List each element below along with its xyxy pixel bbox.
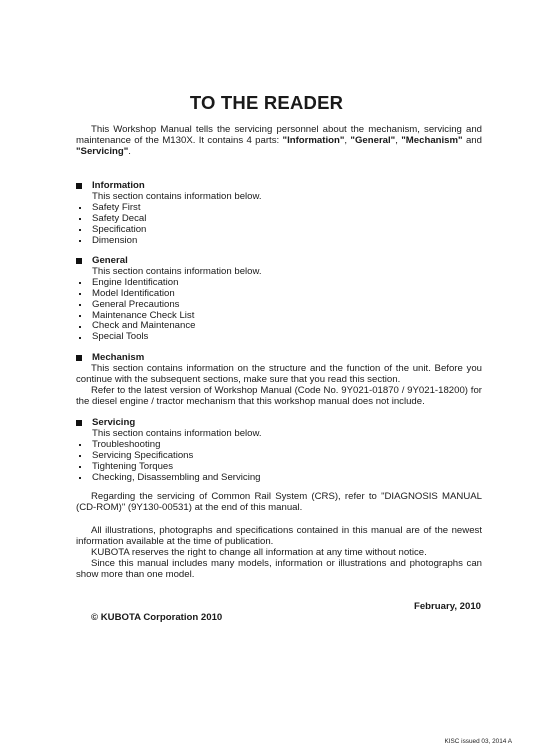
bullet-icon [79,315,81,317]
separator: and [463,135,482,146]
section-heading-label: General [92,255,128,266]
notice-paragraph: All illustrations, photographs and speci… [76,526,482,548]
section-servicing: Servicing This section contains informat… [76,418,482,483]
list-item-label: Maintenance Check List [92,310,194,321]
bullet-icon [79,337,81,339]
square-bullet-icon [76,355,82,361]
section-item-list: Safety First Safety Decal Specification … [76,203,482,247]
section-heading: General [76,256,482,267]
list-item-label: Special Tools [92,331,148,342]
square-bullet-icon [76,258,82,264]
list-item-label: Dimension [92,235,137,246]
list-item: Checking, Disassembling and Servicing [76,473,482,484]
copyright-notice: © KUBOTA Corporation 2010 [91,612,222,623]
list-item-label: Safety Decal [92,213,146,224]
section-heading-label: Information [92,180,145,191]
list-item-label: General Precautions [92,299,179,310]
list-item-label: Checking, Disassembling and Servicing [92,472,261,483]
publication-date: February, 2010 [414,601,481,612]
section-information: Information This section contains inform… [76,181,482,246]
bullet-icon [79,282,81,284]
part-servicing: "Servicing" [76,146,128,157]
section-heading: Mechanism [76,353,482,364]
section-heading-label: Servicing [92,417,135,428]
bullet-icon [79,455,81,457]
list-item: Special Tools [76,332,482,343]
bullet-icon [79,304,81,306]
bullet-icon [79,207,81,209]
page-title: TO THE READER [0,92,533,114]
section-item-list: Troubleshooting Servicing Specifications… [76,440,482,484]
list-item-label: Tightening Torques [92,461,173,472]
bullet-icon [79,477,81,479]
part-general: "General" [350,135,395,146]
section-mechanism: Mechanism This section contains informat… [76,353,482,408]
list-item-label: Specification [92,224,146,235]
section-paragraph: Refer to the latest version of Workshop … [76,386,482,408]
list-item-label: Check and Maintenance [92,320,195,331]
bullet-icon [79,240,81,242]
list-item-label: Engine Identification [92,277,178,288]
bullet-icon [79,444,81,446]
footer-issue-note: KISC issued 03, 2014 A [444,738,512,745]
section-heading: Information [76,181,482,192]
section-heading: Servicing [76,418,482,429]
bullet-icon [79,293,81,295]
intro-paragraph: This Workshop Manual tells the servicing… [76,125,482,158]
part-mechanism: "Mechanism" [401,135,462,146]
section-general: General This section contains informatio… [76,256,482,343]
list-item-label: Safety First [92,202,141,213]
list-item-label: Troubleshooting [92,439,160,450]
crs-note-paragraph: Regarding the servicing of Common Rail S… [76,492,482,514]
list-item-label: Servicing Specifications [92,450,193,461]
list-item: Dimension [76,236,482,247]
bullet-icon [79,229,81,231]
section-item-list: Engine Identification Model Identificati… [76,278,482,343]
list-item-label: Model Identification [92,288,175,299]
section-paragraph: This section contains information on the… [76,364,482,386]
bullet-icon [79,218,81,220]
square-bullet-icon [76,183,82,189]
section-heading-label: Mechanism [92,352,144,363]
notice-paragraph: Since this manual includes many models, … [76,559,482,581]
period: . [128,146,131,157]
part-information: "Information" [283,135,345,146]
bullet-icon [79,466,81,468]
square-bullet-icon [76,420,82,426]
bullet-icon [79,326,81,328]
